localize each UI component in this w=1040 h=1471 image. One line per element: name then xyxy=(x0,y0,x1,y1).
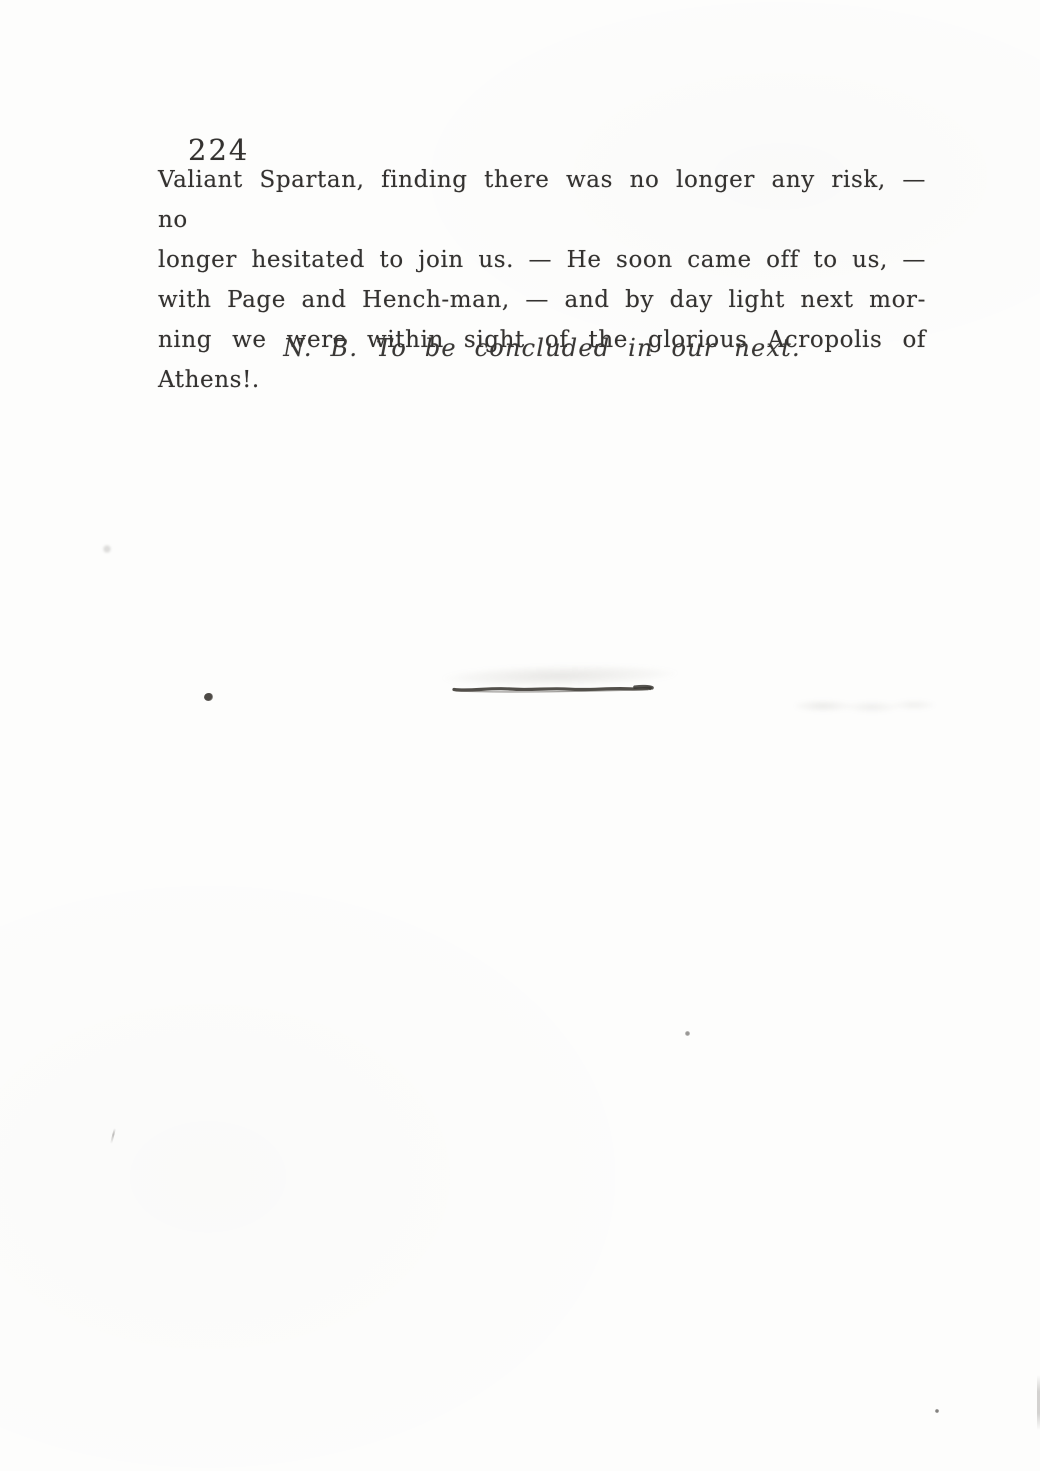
paper-speck xyxy=(685,1031,690,1036)
bleed-through-smudge xyxy=(795,696,935,716)
paper-speck xyxy=(934,1408,939,1413)
body-line-1: Valiant Spartan, finding there was no lo… xyxy=(158,160,926,240)
nota-bene-line: N. B. To be concluded in our next. xyxy=(158,330,926,366)
separator-rule xyxy=(430,660,750,705)
scanned-book-page: 224 Valiant Spartan, finding there was n… xyxy=(0,0,1040,1471)
ink-spot xyxy=(204,693,213,701)
body-line-3: with Page and Hench-man, — and by day li… xyxy=(158,280,926,320)
body-line-2: longer hesitated to join us. — He soon c… xyxy=(158,240,926,280)
scratch-mark xyxy=(110,1128,116,1144)
section-separator xyxy=(430,660,750,705)
paper-speck xyxy=(103,545,111,553)
